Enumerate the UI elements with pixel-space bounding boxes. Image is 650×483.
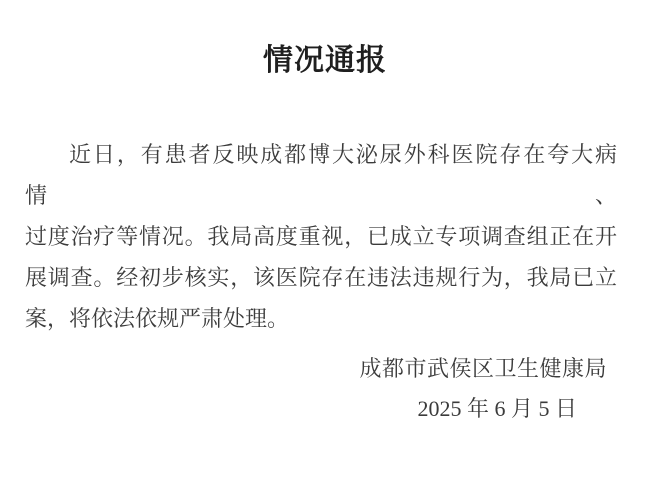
notice-body: 近日，有患者反映成都博大泌尿外科医院存在夸大病情、 过度治疗等情况。我局高度重视…	[25, 134, 617, 339]
body-line: 过度治疗等情况。我局高度重视，已成立专项调查组正在开	[25, 216, 617, 257]
notice-title: 情况通报	[0, 42, 650, 80]
body-line: 近日，有患者反映成都博大泌尿外科医院存在夸大病情、	[25, 134, 617, 216]
notice-document: 情况通报 近日，有患者反映成都博大泌尿外科医院存在夸大病情、 过度治疗等情况。我…	[0, 0, 650, 483]
body-line: 案，将依法依规严肃处理。	[25, 298, 617, 339]
issuer-signature: 成都市武侯区卫生健康局	[0, 349, 650, 389]
issue-date: 2025 年 6 月 5 日	[0, 389, 650, 429]
body-line: 展调查。经初步核实，该医院存在违法违规行为，我局已立	[25, 257, 617, 298]
